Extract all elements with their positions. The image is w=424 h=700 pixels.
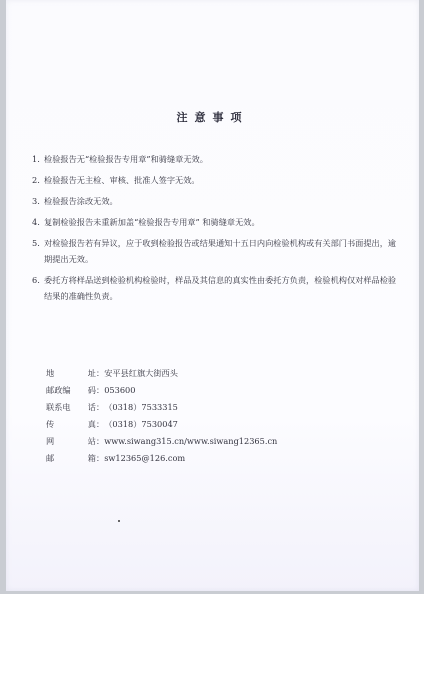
label-part: 箱 <box>88 452 96 469</box>
notice-item: 4. 复制检验报告未重新加盖“检验报告专用章” 和骑缝章无效。 <box>32 214 404 230</box>
contact-value: 053600 <box>104 384 135 401</box>
contact-label: 邮箱 <box>46 452 96 469</box>
label-part: 邮政编 <box>46 384 71 401</box>
notice-item: 6. 委托方将样品送到检验机构检验时，样品及其信息的真实性由委托方负责，检验机构… <box>32 272 404 304</box>
scan-speck <box>118 520 120 522</box>
contact-value: sw12365@126.com <box>104 452 185 469</box>
label-part: 真 <box>88 418 96 435</box>
notice-item: 1. 检验报告无“检验报告专用章”和骑缝章无效。 <box>32 151 404 167</box>
page-title: 注意事项 <box>6 109 419 125</box>
contact-value: 安平县红旗大街西头 <box>104 367 178 384</box>
contact-label: 联系电话 <box>46 401 96 418</box>
notice-text: 复制检验报告未重新加盖“检验报告专用章” 和骑缝章无效。 <box>44 214 404 230</box>
notice-number: 6. <box>32 272 44 304</box>
notice-item: 2. 检验报告无主检、审核、批准人签字无效。 <box>32 172 404 188</box>
contact-value: www.siwang315.cn/www.siwang12365.cn <box>104 435 277 452</box>
label-part: 邮 <box>46 452 54 469</box>
document-page: 注意事项 1. 检验报告无“检验报告专用章”和骑缝章无效。 2. 检验报告无主检… <box>6 0 419 591</box>
contact-label: 传真 <box>46 418 96 435</box>
notice-item: 3. 检验报告涂改无效。 <box>32 193 404 209</box>
contact-website: 网站 ： www.siwang315.cn/www.siwang12365.cn <box>46 435 406 452</box>
notice-text: 委托方将样品送到检验机构检验时，样品及其信息的真实性由委托方负责，检验机构仅对样… <box>44 272 404 304</box>
label-part: 址 <box>88 367 96 384</box>
label-part: 话 <box>88 401 96 418</box>
contact-address: 地址 ： 安平县红旗大街西头 <box>46 367 406 384</box>
label-part: 地 <box>46 367 54 384</box>
label-part: 网 <box>46 435 54 452</box>
label-separator: ： <box>96 418 104 435</box>
notice-number: 1. <box>32 151 44 167</box>
contact-postcode: 邮政编码 ： 053600 <box>46 384 406 401</box>
label-part: 码 <box>88 384 96 401</box>
contact-info: 地址 ： 安平县红旗大街西头 邮政编码 ： 053600 联系电话 ： （031… <box>46 367 406 469</box>
label-separator: ： <box>96 401 104 418</box>
notice-text: 检验报告无主检、审核、批准人签字无效。 <box>44 172 404 188</box>
contact-value: （0318）7533315 <box>104 401 178 418</box>
contact-label: 网站 <box>46 435 96 452</box>
contact-phone: 联系电话 ： （0318）7533315 <box>46 401 406 418</box>
label-separator: ： <box>96 384 104 401</box>
notice-number: 2. <box>32 172 44 188</box>
label-part: 联系电 <box>46 401 71 418</box>
notice-item: 5. 对检验报告若有异议，应于收到检验报告或结果通知十五日内向检验机构或有关部门… <box>32 235 404 267</box>
notice-text: 检验报告涂改无效。 <box>44 193 404 209</box>
contact-fax: 传真 ： （0318）7530047 <box>46 418 406 435</box>
contact-email: 邮箱 ： sw12365@126.com <box>46 452 406 469</box>
contact-label: 邮政编码 <box>46 384 96 401</box>
label-part: 站 <box>88 435 96 452</box>
contact-label: 地址 <box>46 367 96 384</box>
label-part: 传 <box>46 418 54 435</box>
label-separator: ： <box>96 435 104 452</box>
notice-text: 对检验报告若有异议，应于收到检验报告或结果通知十五日内向检验机构或有关部门书面提… <box>44 235 404 267</box>
notice-number: 5. <box>32 235 44 267</box>
label-separator: ： <box>96 452 104 469</box>
notice-text: 检验报告无“检验报告专用章”和骑缝章无效。 <box>44 151 404 167</box>
contact-value: （0318）7530047 <box>104 418 178 435</box>
label-separator: ： <box>96 367 104 384</box>
notice-number: 4. <box>32 214 44 230</box>
notice-number: 3. <box>32 193 44 209</box>
notice-list: 1. 检验报告无“检验报告专用章”和骑缝章无效。 2. 检验报告无主检、审核、批… <box>32 151 404 309</box>
